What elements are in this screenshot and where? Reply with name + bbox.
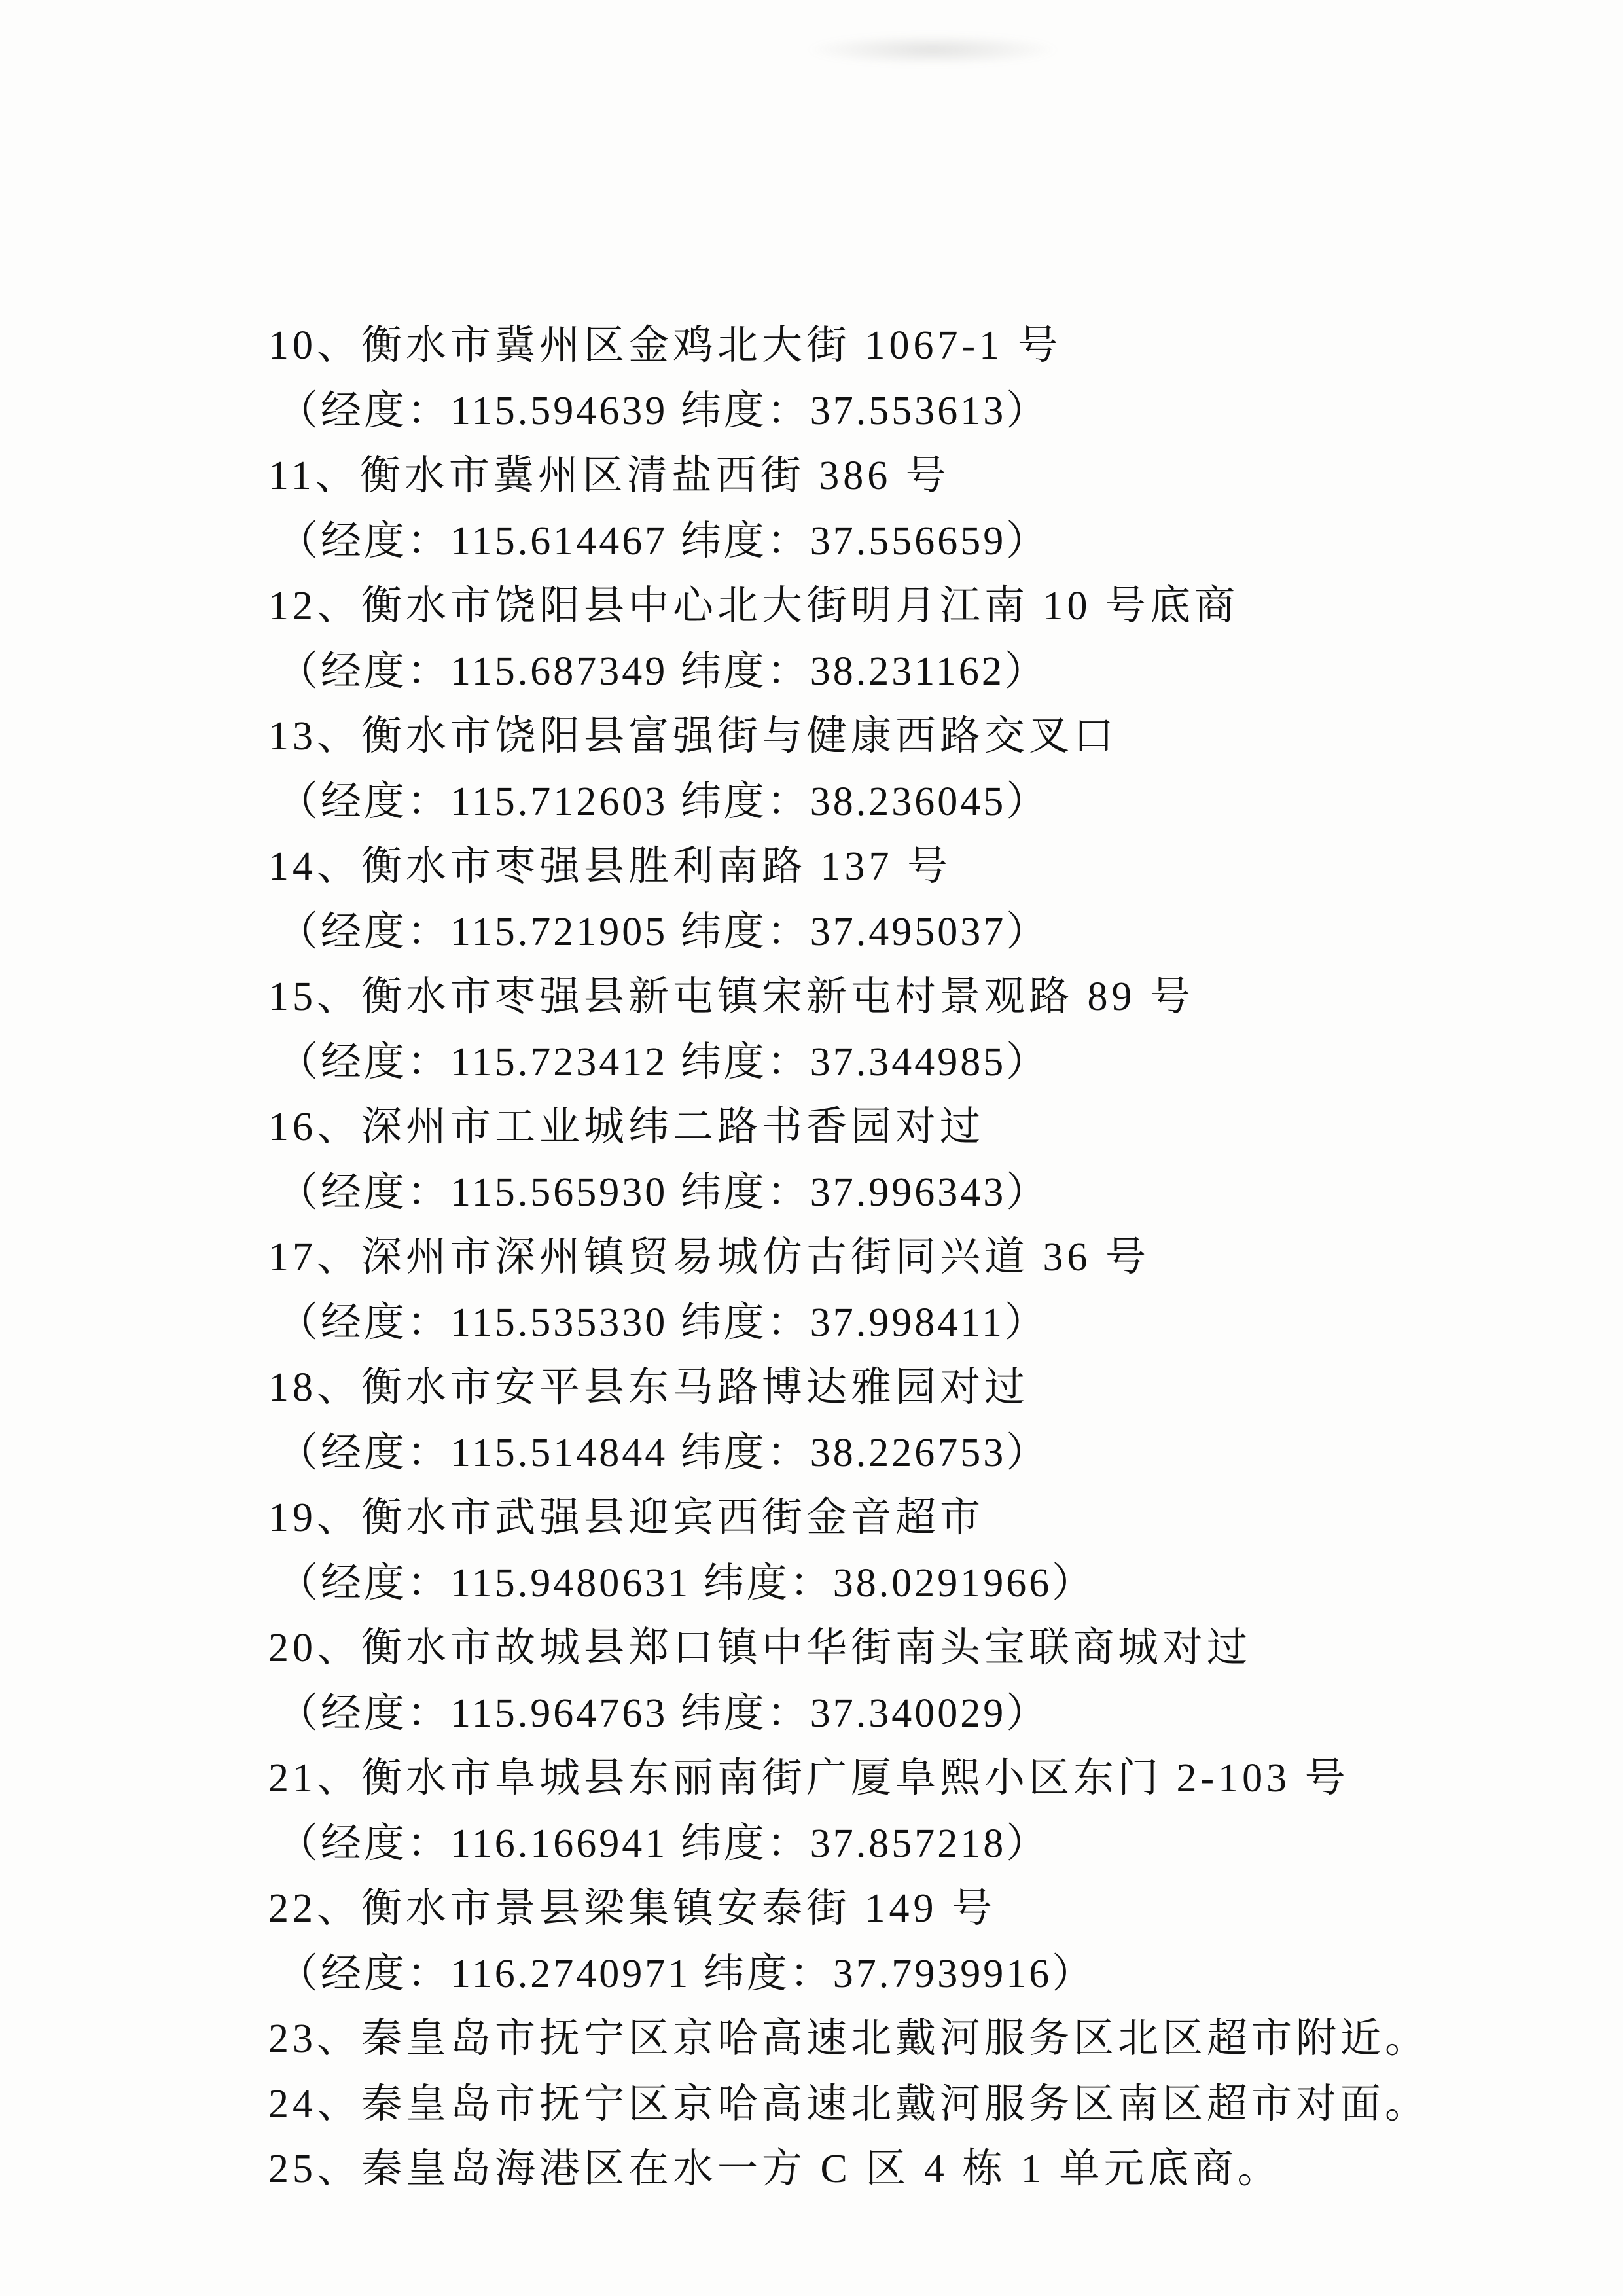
- coords-line: （经度：115.712603 纬度：38.236045）: [268, 765, 1459, 831]
- address-line: 13、衡水市饶阳县富强街与健康西路交叉口: [268, 700, 1459, 765]
- address-line: 14、衡水市枣强县胜利南路 137 号: [268, 830, 1459, 895]
- coords-line: （经度：115.721905 纬度：37.495037）: [268, 895, 1459, 961]
- coords-line: （经度：116.2740971 纬度：37.7939916）: [268, 1937, 1459, 2003]
- document-page: 10、衡水市冀州区金鸡北大街 1067-1 号 （经度：115.594639 纬…: [0, 0, 1623, 2296]
- address-line: 24、秦皇岛市抚宁区京哈高速北戴河服务区南区超市对面。: [268, 2068, 1459, 2133]
- coords-line: （经度：115.723412 纬度：37.344985）: [268, 1026, 1459, 1091]
- coords-line: （经度：115.514844 纬度：38.226753）: [268, 1416, 1459, 1482]
- address-line: 21、衡水市阜城县东丽南街广厦阜熙小区东门 2-103 号: [268, 1742, 1459, 1807]
- scan-smudge: [805, 34, 1060, 65]
- address-line: 16、深州市工业城纬二路书香园对过: [268, 1090, 1459, 1156]
- address-line: 19、衡水市武强县迎宾西街金音超市: [268, 1481, 1459, 1547]
- address-line: 10、衡水市冀州区金鸡北大街 1067-1 号: [268, 309, 1459, 374]
- address-line: 12、衡水市饶阳县中心北大街明月江南 10 号底商: [268, 569, 1459, 635]
- coords-line: （经度：115.9480631 纬度：38.0291966）: [268, 1547, 1459, 1612]
- coords-line: （经度：115.565930 纬度：37.996343）: [268, 1156, 1459, 1221]
- coords-line: （经度：115.964763 纬度：37.340029）: [268, 1677, 1459, 1742]
- address-line: 15、衡水市枣强县新屯镇宋新屯村景观路 89 号: [268, 960, 1459, 1026]
- coords-line: （经度：116.166941 纬度：37.857218）: [268, 1807, 1459, 1873]
- coords-line: （经度：115.535330 纬度：37.998411）: [268, 1286, 1459, 1352]
- address-line: 22、衡水市景县梁集镇安泰街 149 号: [268, 1872, 1459, 1937]
- address-line: 18、衡水市安平县东马路博达雅园对过: [268, 1351, 1459, 1416]
- address-list: 10、衡水市冀州区金鸡北大街 1067-1 号 （经度：115.594639 纬…: [268, 309, 1459, 2198]
- coords-line: （经度：115.614467 纬度：37.556659）: [268, 505, 1459, 570]
- address-line: 23、秦皇岛市抚宁区京哈高速北戴河服务区北区超市附近。: [268, 2002, 1459, 2068]
- address-line: 17、深州市深州镇贸易城仿古街同兴道 36 号: [268, 1221, 1459, 1286]
- address-line: 25、秦皇岛海港区在水一方 C 区 4 栋 1 单元底商。: [268, 2132, 1459, 2198]
- coords-line: （经度：115.687349 纬度：38.231162）: [268, 635, 1459, 700]
- address-line: 20、衡水市故城县郑口镇中华街南头宝联商城对过: [268, 1611, 1459, 1677]
- coords-line: （经度：115.594639 纬度：37.553613）: [268, 374, 1459, 440]
- address-line: 11、衡水市冀州区清盐西街 386 号: [268, 439, 1459, 505]
